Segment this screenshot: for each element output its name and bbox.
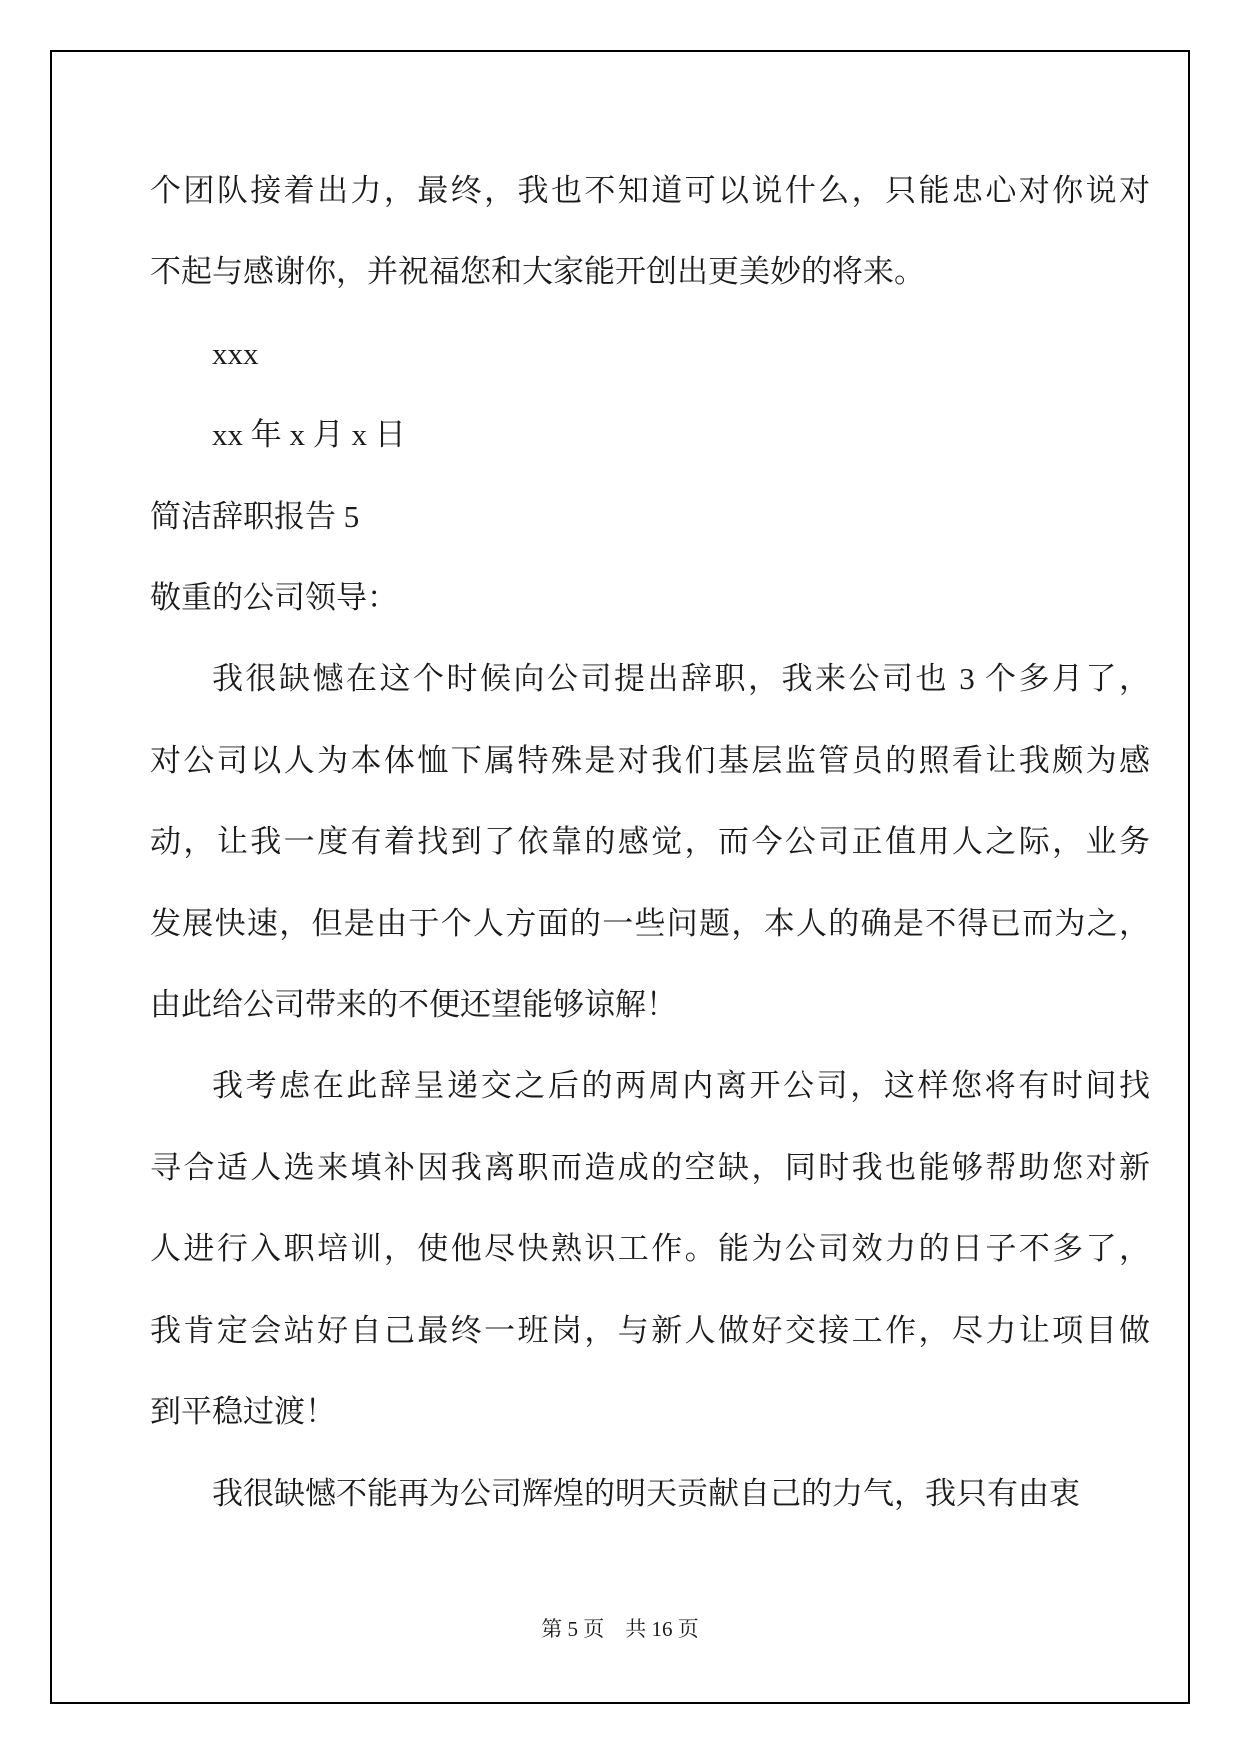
text-line: 对公司以人为本体恤下属特殊是对我们基层监管员的照看让我颇为感 (150, 720, 1150, 801)
text-line: 到平稳过渡！ (150, 1371, 1150, 1452)
text-line: 简洁辞职报告 5 (150, 476, 1150, 557)
text-line: xxx (150, 313, 1150, 394)
document-body: 个团队接着出力，最终，我也不知道可以说什么，只能忠心对你说对不起与感谢你，并祝福… (150, 150, 1150, 1534)
text-line: 我很缺憾不能再为公司辉煌的明天贡献自己的力气，我只有由衷 (150, 1453, 1150, 1534)
text-line: 我考虑在此辞呈递交之后的两周内离开公司，这样您将有时间找 (150, 1045, 1150, 1126)
text-line: 动，让我一度有着找到了依靠的感觉，而今公司正值用人之际，业务 (150, 801, 1150, 882)
text-line: 寻合适人选来填补因我离职而造成的空缺，同时我也能够帮助您对新 (150, 1127, 1150, 1208)
page-number: 第 5 页 共 16 页 (541, 1617, 699, 1641)
text-line: 不起与感谢你，并祝福您和大家能开创出更美妙的将来。 (150, 231, 1150, 312)
text-line: 我很缺憾在这个时候向公司提出辞职，我来公司也 3 个多月了， (150, 638, 1150, 719)
text-line: xx 年 x 月 x 日 (150, 394, 1150, 475)
text-line: 我肯定会站好自己最终一班岗，与新人做好交接工作，尽力让项目做 (150, 1290, 1150, 1371)
text-line: 个团队接着出力，最终，我也不知道可以说什么，只能忠心对你说对 (150, 150, 1150, 231)
text-line: 由此给公司带来的不便还望能够谅解！ (150, 964, 1150, 1045)
text-line: 发展快速，但是由于个人方面的一些问题，本人的确是不得已而为之， (150, 883, 1150, 964)
text-line: 人进行入职培训，使他尽快熟识工作。能为公司效力的日子不多了， (150, 1208, 1150, 1289)
document-page: 个团队接着出力，最终，我也不知道可以说什么，只能忠心对你说对不起与感谢你，并祝福… (0, 0, 1241, 1754)
text-line: 敬重的公司领导： (150, 557, 1150, 638)
page-footer: 第 5 页 共 16 页 (50, 1614, 1190, 1644)
